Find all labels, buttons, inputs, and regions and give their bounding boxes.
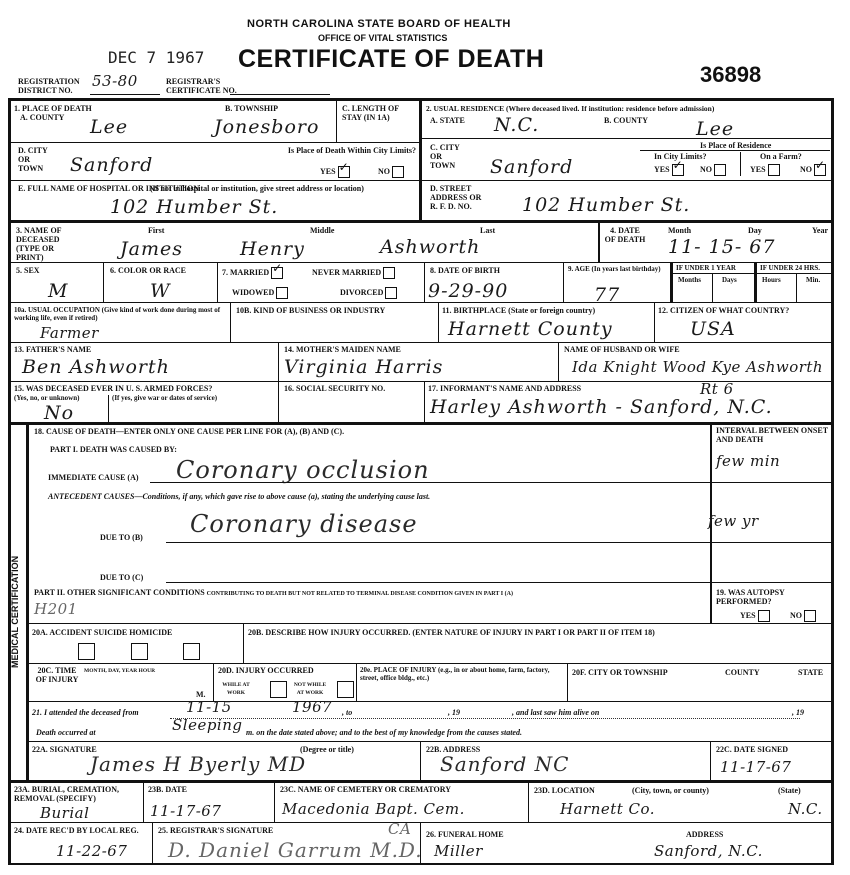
- pod-city-value[interactable]: Sanford: [70, 154, 153, 176]
- pod-city-label: d. CITY OR TOWN: [18, 146, 52, 173]
- on-farm-no-label: NO: [800, 165, 812, 174]
- injury-state-label: STATE: [798, 668, 823, 677]
- degree-label: (Degree or title): [300, 745, 354, 754]
- in-city-yes-label: YES: [654, 165, 670, 174]
- res-city-value[interactable]: Sanford: [490, 156, 573, 178]
- burial-date-label: 23b. DATE: [148, 785, 187, 794]
- res-state-value[interactable]: N.C.: [494, 114, 539, 136]
- signature-label: 22a. SIGNATURE: [32, 745, 97, 754]
- location-value[interactable]: Harnett Co.: [560, 800, 655, 818]
- date-recd-label: 24. DATE REC'D BY LOCAL REG.: [14, 826, 150, 835]
- homicide-checkbox[interactable]: [183, 643, 200, 660]
- res-state-label: a. STATE: [430, 116, 465, 125]
- attended-year-value[interactable]: 1967: [292, 698, 332, 716]
- pod-county-value[interactable]: Lee: [90, 116, 128, 138]
- father-value[interactable]: Ben Ashworth: [22, 356, 170, 378]
- occupation-label: 10a. USUAL OCCUPATION (Give kind of work…: [14, 306, 226, 322]
- autopsy-no-label: NO: [790, 611, 802, 620]
- on-farm-yes-label: YES: [750, 165, 766, 174]
- funeral-address-value[interactable]: Sanford, N.C.: [654, 842, 763, 860]
- last-name-value[interactable]: Ashworth: [380, 236, 480, 258]
- race-label: 6. COLOR OR RACE: [110, 266, 186, 275]
- institution-value[interactable]: 102 Humber St.: [110, 196, 278, 218]
- time-of-injury-label: 20c. TIME OF INJURY: [32, 666, 82, 684]
- death-occurred-rest: m. on the date stated above; and to the …: [246, 728, 522, 737]
- date-signed-value[interactable]: 11-17-67: [720, 758, 791, 776]
- res-city-label: c. CITY OR TOWN: [430, 143, 464, 170]
- attended-to-label: , to: [342, 708, 352, 717]
- describe-injury-label: 20b. DESCRIBE HOW INJURY OCCURRED. (Ente…: [248, 628, 655, 637]
- on-farm-yes-checkbox[interactable]: [768, 164, 780, 176]
- part2-label: PART II. OTHER SIGNIFICANT CONDITIONS: [34, 588, 205, 597]
- never-married-checkbox[interactable]: [383, 267, 395, 279]
- armed-forces-value[interactable]: No: [44, 402, 74, 424]
- burial-type-value[interactable]: Burial: [40, 804, 89, 822]
- date-recd-value[interactable]: 11-22-67: [56, 842, 127, 860]
- citizen-label: 12. CITIZEN OF WHAT COUNTRY?: [658, 306, 789, 315]
- within-city-yes-checkbox[interactable]: [338, 166, 350, 178]
- on-farm-no-checkbox[interactable]: [814, 164, 826, 176]
- city-township-label: 20f. CITY OR TOWNSHIP: [572, 668, 668, 677]
- res-county-label: b. COUNTY: [604, 116, 648, 125]
- pod-township-label: b. TOWNSHIP: [225, 104, 278, 113]
- attended-from-value[interactable]: 11-15: [186, 698, 232, 716]
- under-1yr-label: IF UNDER 1 YEAR: [676, 264, 736, 272]
- age-label: 9. AGE (In years last birthday): [568, 265, 668, 273]
- business-label: 10b. KIND OF BUSINESS OR INDUSTRY: [236, 306, 385, 315]
- place-of-death-label: 1. PLACE OF DEATH: [14, 104, 92, 113]
- time-of-injury-note: MONTH, DAY, YEAR HOUR: [84, 667, 155, 675]
- burial-state-label: (State): [778, 786, 801, 795]
- part2-note: CONTRIBUTING TO DEATH BUT NOT RELATED TO…: [207, 591, 513, 597]
- armed-forces-label: 15. WAS DECEASED EVER IN U. S. ARMED FOR…: [14, 384, 212, 393]
- mother-value[interactable]: Virginia Harris: [284, 356, 443, 378]
- birthplace-value[interactable]: Harnett County: [448, 318, 613, 340]
- occupation-value[interactable]: Farmer: [40, 324, 99, 342]
- registration-district-label: REGISTRATION DISTRICT NO.: [18, 77, 92, 95]
- armed-forces-note2: (If yes, give war or dates of service): [112, 394, 217, 402]
- interval-b-value[interactable]: few yr: [708, 512, 759, 530]
- under-24h-label: IF UNDER 24 HRS.: [760, 264, 820, 272]
- year-label: Year: [812, 226, 828, 235]
- part1-label: PART I. DEATH WAS CAUSED BY:: [50, 445, 177, 454]
- informant-label: 17. INFORMANT'S NAME AND ADDRESS: [428, 384, 581, 393]
- death-occurred-value[interactable]: Sleeping: [172, 716, 243, 734]
- widowed-label: WIDOWED: [232, 288, 274, 297]
- while-at-work-checkbox[interactable]: [270, 681, 287, 698]
- burial-state-value[interactable]: N.C.: [788, 800, 823, 818]
- sex-value[interactable]: M: [48, 280, 68, 302]
- due-to-c-label: DUE TO (c): [100, 573, 143, 582]
- place-of-injury-label: 20e. PLACE OF INJURY (e.g., in or about …: [360, 666, 560, 682]
- informant-value[interactable]: Harley Ashworth - Sanford, N.C.: [430, 396, 773, 418]
- cemetery-label: 23c. NAME OF CEMETERY OR CREMATORY: [280, 785, 451, 794]
- middle-name-value[interactable]: Henry: [240, 238, 305, 260]
- while-at-work-label: WHILE AT WORK: [218, 681, 254, 697]
- armed-forces-note1: (Yes, no, or unknown): [14, 394, 79, 402]
- not-while-at-work-checkbox[interactable]: [337, 681, 354, 698]
- married-label: 7. MARRIED: [222, 268, 269, 277]
- dob-label: 8. DATE OF BIRTH: [430, 266, 500, 275]
- within-city-no-checkbox[interactable]: [392, 166, 404, 178]
- accident-label: 20a. ACCIDENT SUICIDE HOMICIDE: [32, 628, 172, 637]
- date-of-death-value[interactable]: 11- 15- 67: [668, 236, 775, 258]
- interval-a-value[interactable]: few min: [716, 452, 780, 470]
- cause-of-death-label: 18. CAUSE OF DEATH—ENTER ONLY ONE CAUSE …: [34, 427, 344, 436]
- attended-19-label: , 19: [448, 708, 460, 717]
- institution-note: (If not in hospital or institution, give…: [150, 184, 364, 193]
- res-street-label: d. STREET ADDRESS or R. F. D. NO.: [430, 184, 490, 211]
- interval-label: INTERVAL BETWEEN ONSET AND DEATH: [716, 426, 828, 444]
- funeral-home-value[interactable]: Miller: [434, 842, 483, 860]
- autopsy-yes-label: YES: [740, 611, 756, 620]
- mother-label: 14. MOTHER'S MAIDEN NAME: [284, 345, 401, 354]
- race-value[interactable]: W: [150, 280, 171, 302]
- spouse-label: NAME OF HUSBAND OR WIFE: [564, 345, 680, 354]
- not-while-at-work-label: NOT WHILE AT WORK: [290, 681, 330, 697]
- autopsy-no-checkbox[interactable]: [804, 610, 816, 622]
- married-checkbox[interactable]: [271, 267, 283, 279]
- registration-district-value[interactable]: 53-80: [92, 72, 138, 90]
- ssn-label: 16. SOCIAL SECURITY NO.: [284, 384, 385, 393]
- within-city-no-label: NO: [378, 167, 390, 176]
- due-to-b-value[interactable]: Coronary disease: [190, 510, 418, 538]
- pod-county-label: a. COUNTY: [20, 113, 64, 122]
- within-city-yes-label: YES: [320, 167, 336, 176]
- first-label: First: [148, 226, 164, 235]
- days-label: Days: [722, 276, 737, 284]
- burial-date-value[interactable]: 11-17-67: [150, 802, 221, 820]
- res-street-value[interactable]: 102 Humber St.: [522, 194, 690, 216]
- location-label: 23d. LOCATION: [534, 786, 595, 795]
- in-city-yes-checkbox[interactable]: [672, 164, 684, 176]
- day-label: Day: [748, 226, 762, 235]
- autopsy-yes-checkbox[interactable]: [758, 610, 770, 622]
- cemetery-value[interactable]: Macedonia Bapt. Cem.: [282, 800, 465, 818]
- length-of-stay-label: c. LENGTH OF STAY (in 1a): [342, 104, 417, 122]
- hours-label: Hours: [762, 276, 781, 284]
- physician-address-value[interactable]: Sanford NC: [440, 752, 569, 776]
- spouse-value[interactable]: Ida Knight Wood Kye Ashworth: [572, 358, 823, 376]
- place-of-residence-label: Is Place of Residence: [700, 141, 771, 150]
- received-stamp: DEC 7 1967: [108, 48, 204, 67]
- usual-residence-label: 2. USUAL RESIDENCE (Where deceased lived…: [426, 104, 714, 113]
- middle-label: Middle: [310, 226, 334, 235]
- min-label: Min.: [806, 276, 820, 284]
- never-married-label: NEVER MARRIED: [312, 268, 381, 277]
- date-signed-label: 22c. DATE SIGNED: [716, 745, 788, 754]
- divorced-checkbox[interactable]: [385, 287, 397, 299]
- board-name: NORTH CAROLINA STATE BOARD OF HEALTH: [247, 18, 511, 30]
- physician-signature[interactable]: James H Byerly MD: [90, 752, 306, 776]
- last-saw-label: , and last saw him alive on: [512, 708, 599, 717]
- immediate-cause-label: IMMEDIATE CAUSE (a): [48, 473, 139, 482]
- medical-certification-label: MEDICAL CERTIFICATION: [10, 556, 20, 668]
- first-name-value[interactable]: James: [120, 238, 183, 260]
- widowed-checkbox[interactable]: [276, 287, 288, 299]
- citizen-value[interactable]: USA: [690, 318, 736, 340]
- attended-19b-label: , 19: [792, 708, 804, 717]
- antecedent-label: ANTECEDENT CAUSES—Conditions, if any, wh…: [48, 492, 430, 501]
- death-occurred-label: Death occurred at: [36, 728, 96, 737]
- funeral-home-label: 26. FUNERAL HOME: [426, 830, 504, 839]
- page-title: CERTIFICATE OF DEATH: [238, 45, 544, 74]
- registrar-cert-label: REGISTRAR'S CERTIFICATE NO.: [166, 77, 246, 95]
- birthplace-label: 11. BIRTHPLACE (State or foreign country…: [442, 306, 595, 315]
- res-county-value[interactable]: Lee: [696, 118, 734, 140]
- accident-checkbox[interactable]: [78, 643, 95, 660]
- in-city-no-checkbox[interactable]: [714, 164, 726, 176]
- sex-label: 5. SEX: [16, 266, 40, 275]
- burial-type-label: 23a. BURIAL, CREMATION, REMOVAL (Specify…: [14, 785, 144, 803]
- dob-value[interactable]: 9-29-90: [428, 280, 508, 302]
- registrar-signature[interactable]: D. Daniel Garrum M.D.: [168, 838, 423, 862]
- injury-county-label: COUNTY: [725, 668, 760, 677]
- father-label: 13. FATHER'S NAME: [14, 345, 91, 354]
- in-city-no-label: NO: [700, 165, 712, 174]
- pod-township-value[interactable]: Jonesboro: [214, 116, 319, 138]
- attended-label: 21. I attended the deceased from: [32, 708, 139, 717]
- name-label: 3. NAME OF DECEASED (Type or Print): [16, 226, 76, 262]
- within-city-label: Is Place of Death Within City Limits?: [278, 146, 416, 155]
- suicide-checkbox[interactable]: [131, 643, 148, 660]
- certificate-number: 36898: [700, 62, 761, 88]
- funeral-address-label: ADDRESS: [686, 830, 723, 839]
- location-note: (City, town, or county): [632, 786, 709, 795]
- office-name: OFFICE OF VITAL STATISTICS: [318, 33, 447, 43]
- injury-occurred-label: 20d. INJURY OCCURRED: [218, 666, 314, 675]
- registrar-initials: CA: [388, 820, 411, 838]
- last-label: Last: [480, 226, 495, 235]
- part2-code[interactable]: H201: [34, 600, 78, 618]
- months-label: Months: [678, 276, 701, 284]
- on-farm-label: On a Farm?: [760, 152, 802, 161]
- autopsy-label: 19. WAS AUTOPSY PERFORMED?: [716, 588, 826, 606]
- month-label: Month: [668, 226, 691, 235]
- due-to-b-label: DUE TO (b): [100, 533, 143, 542]
- registrar-signature-label: 25. REGISTRAR'S SIGNATURE: [158, 826, 273, 835]
- divorced-label: DIVORCED: [340, 288, 383, 297]
- date-of-death-label: 4. DATE OF DEATH: [604, 226, 646, 244]
- immediate-cause-value[interactable]: Coronary occlusion: [176, 456, 430, 484]
